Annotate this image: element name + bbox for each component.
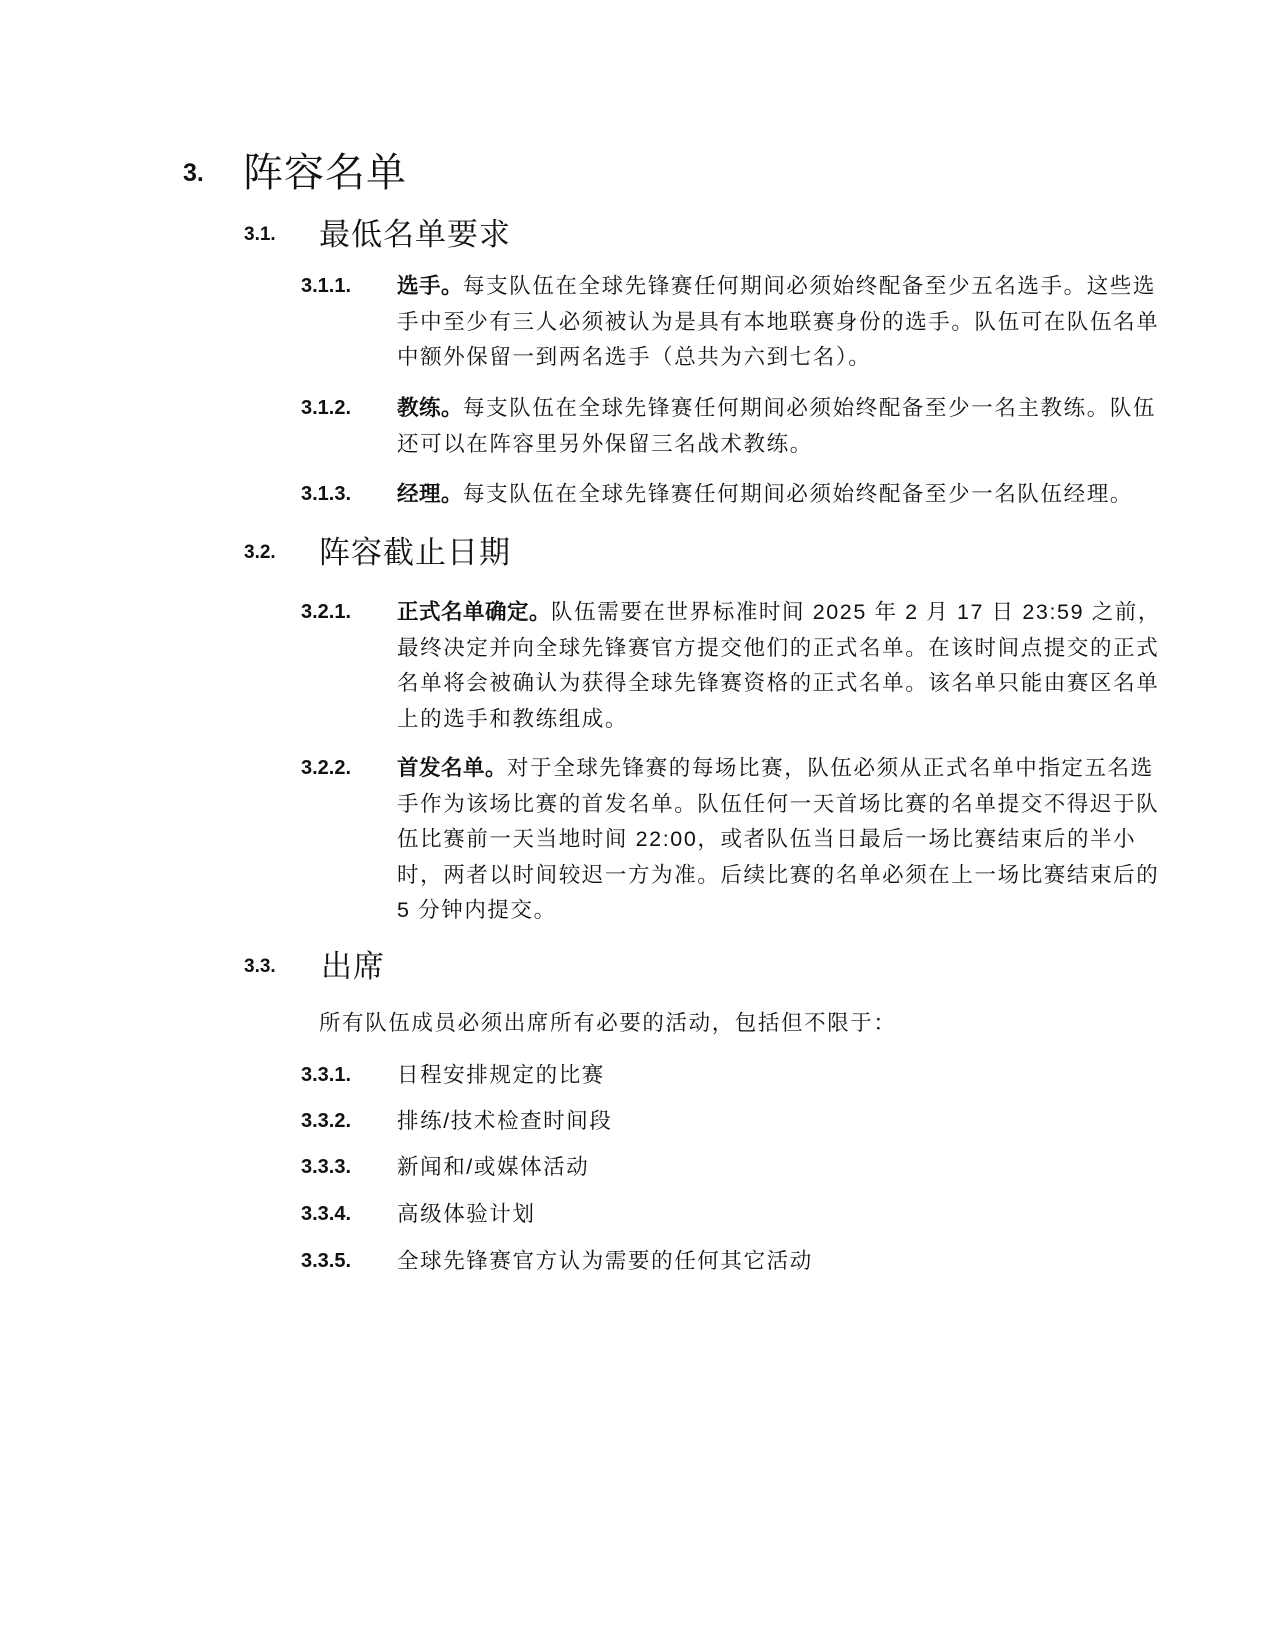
clause-lead: 教练。 (397, 396, 463, 420)
clause-line: 伍比赛前一天当地时间 22:00，或者队伍当日最后一场比赛结束后的半小 (397, 822, 1159, 858)
section-number: 3. (183, 153, 204, 193)
clause-line: 每支队伍在全球先锋赛任何期间必须始终配备至少一名队伍经理。 (463, 482, 1133, 506)
list-item-text: 新闻和/或媒体活动 (397, 1150, 589, 1186)
clause-line: 手作为该场比赛的首发名单。队伍任何一天首场比赛的名单提交不得迟于队 (397, 787, 1159, 823)
subsection-number: 3.3. (244, 951, 276, 983)
section-title: 阵容名单 (243, 150, 407, 196)
clause-body: 教练。每支队伍在全球先锋赛任何期间必须始终配备至少一名主教练。队伍 还可以在阵容… (397, 391, 1156, 462)
subsection-title: 出席 (321, 949, 385, 985)
subsection-number: 3.1. (244, 219, 276, 251)
clause-line: 手中至少有三人必须被认为是具有本地联赛身份的选手。队伍可在队伍名单 (397, 305, 1159, 341)
clause-line: 5 分钟内提交。 (397, 893, 1159, 929)
subsection-title: 阵容截止日期 (319, 535, 511, 571)
list-item-number: 3.3.5. (301, 1244, 351, 1280)
clause-line: 中额外保留一到两名选手（总共为六到七名）。 (397, 340, 1159, 376)
subsection-number: 3.2. (244, 537, 276, 569)
list-item-text: 日程安排规定的比赛 (397, 1058, 605, 1094)
document-page: 3. 阵容名单 3.1. 最低名单要求 3.1.1. 选手。每支队伍在全球先锋赛… (0, 0, 1275, 1650)
clause-lead: 选手。 (397, 274, 463, 298)
clause-lead: 正式名单确定。 (397, 600, 551, 624)
clause-number: 3.1.3. (301, 477, 351, 513)
clause-line: 时，两者以时间较迟一方为准。后续比赛的名单必须在上一场比赛结束后的 (397, 858, 1159, 894)
list-item-text: 排练/技术检查时间段 (397, 1104, 612, 1140)
list-item-number: 3.3.2. (301, 1104, 351, 1140)
list-item-number: 3.3.1. (301, 1058, 351, 1094)
attendance-intro: 所有队伍成员必须出席所有必要的活动，包括但不限于： (319, 1006, 897, 1041)
clause-line: 每支队伍在全球先锋赛任何期间必须始终配备至少一名主教练。队伍 (463, 396, 1156, 420)
clause-body: 首发名单。对于全球先锋赛的每场比赛，队伍必须从正式名单中指定五名选 手作为该场比… (397, 751, 1159, 929)
clause-line: 还可以在阵容里另外保留三名战术教练。 (397, 427, 1156, 463)
list-item-number: 3.3.3. (301, 1150, 351, 1186)
clause-lead: 首发名单。 (397, 756, 507, 780)
clause-body: 正式名单确定。队伍需要在世界标准时间 2025 年 2 月 17 日 23:59… (397, 595, 1161, 737)
clause-body: 选手。每支队伍在全球先锋赛任何期间必须始终配备至少五名选手。这些选 手中至少有三… (397, 269, 1159, 376)
clause-number: 3.2.2. (301, 751, 351, 787)
clause-number: 3.2.1. (301, 595, 351, 631)
clause-number: 3.1.2. (301, 391, 351, 427)
clause-number: 3.1.1. (301, 269, 351, 305)
list-item-number: 3.3.4. (301, 1197, 351, 1233)
clause-line: 对于全球先锋赛的每场比赛，队伍必须从正式名单中指定五名选 (507, 756, 1154, 780)
list-item-text: 高级体验计划 (397, 1197, 536, 1233)
clause-body: 经理。每支队伍在全球先锋赛任何期间必须始终配备至少一名队伍经理。 (397, 477, 1133, 513)
clause-lead: 经理。 (397, 482, 463, 506)
subsection-title: 最低名单要求 (319, 217, 511, 253)
clause-line: 每支队伍在全球先锋赛任何期间必须始终配备至少五名选手。这些选 (463, 274, 1156, 298)
clause-line: 上的选手和教练组成。 (397, 702, 1161, 738)
list-item-text: 全球先锋赛官方认为需要的任何其它活动 (397, 1244, 813, 1280)
clause-line: 队伍需要在世界标准时间 2025 年 2 月 17 日 23:59 之前， (551, 600, 1161, 624)
clause-line: 最终决定并向全球先锋赛官方提交他们的正式名单。在该时间点提交的正式 (397, 631, 1161, 667)
clause-line: 名单将会被确认为获得全球先锋赛资格的正式名单。该名单只能由赛区名单 (397, 666, 1161, 702)
